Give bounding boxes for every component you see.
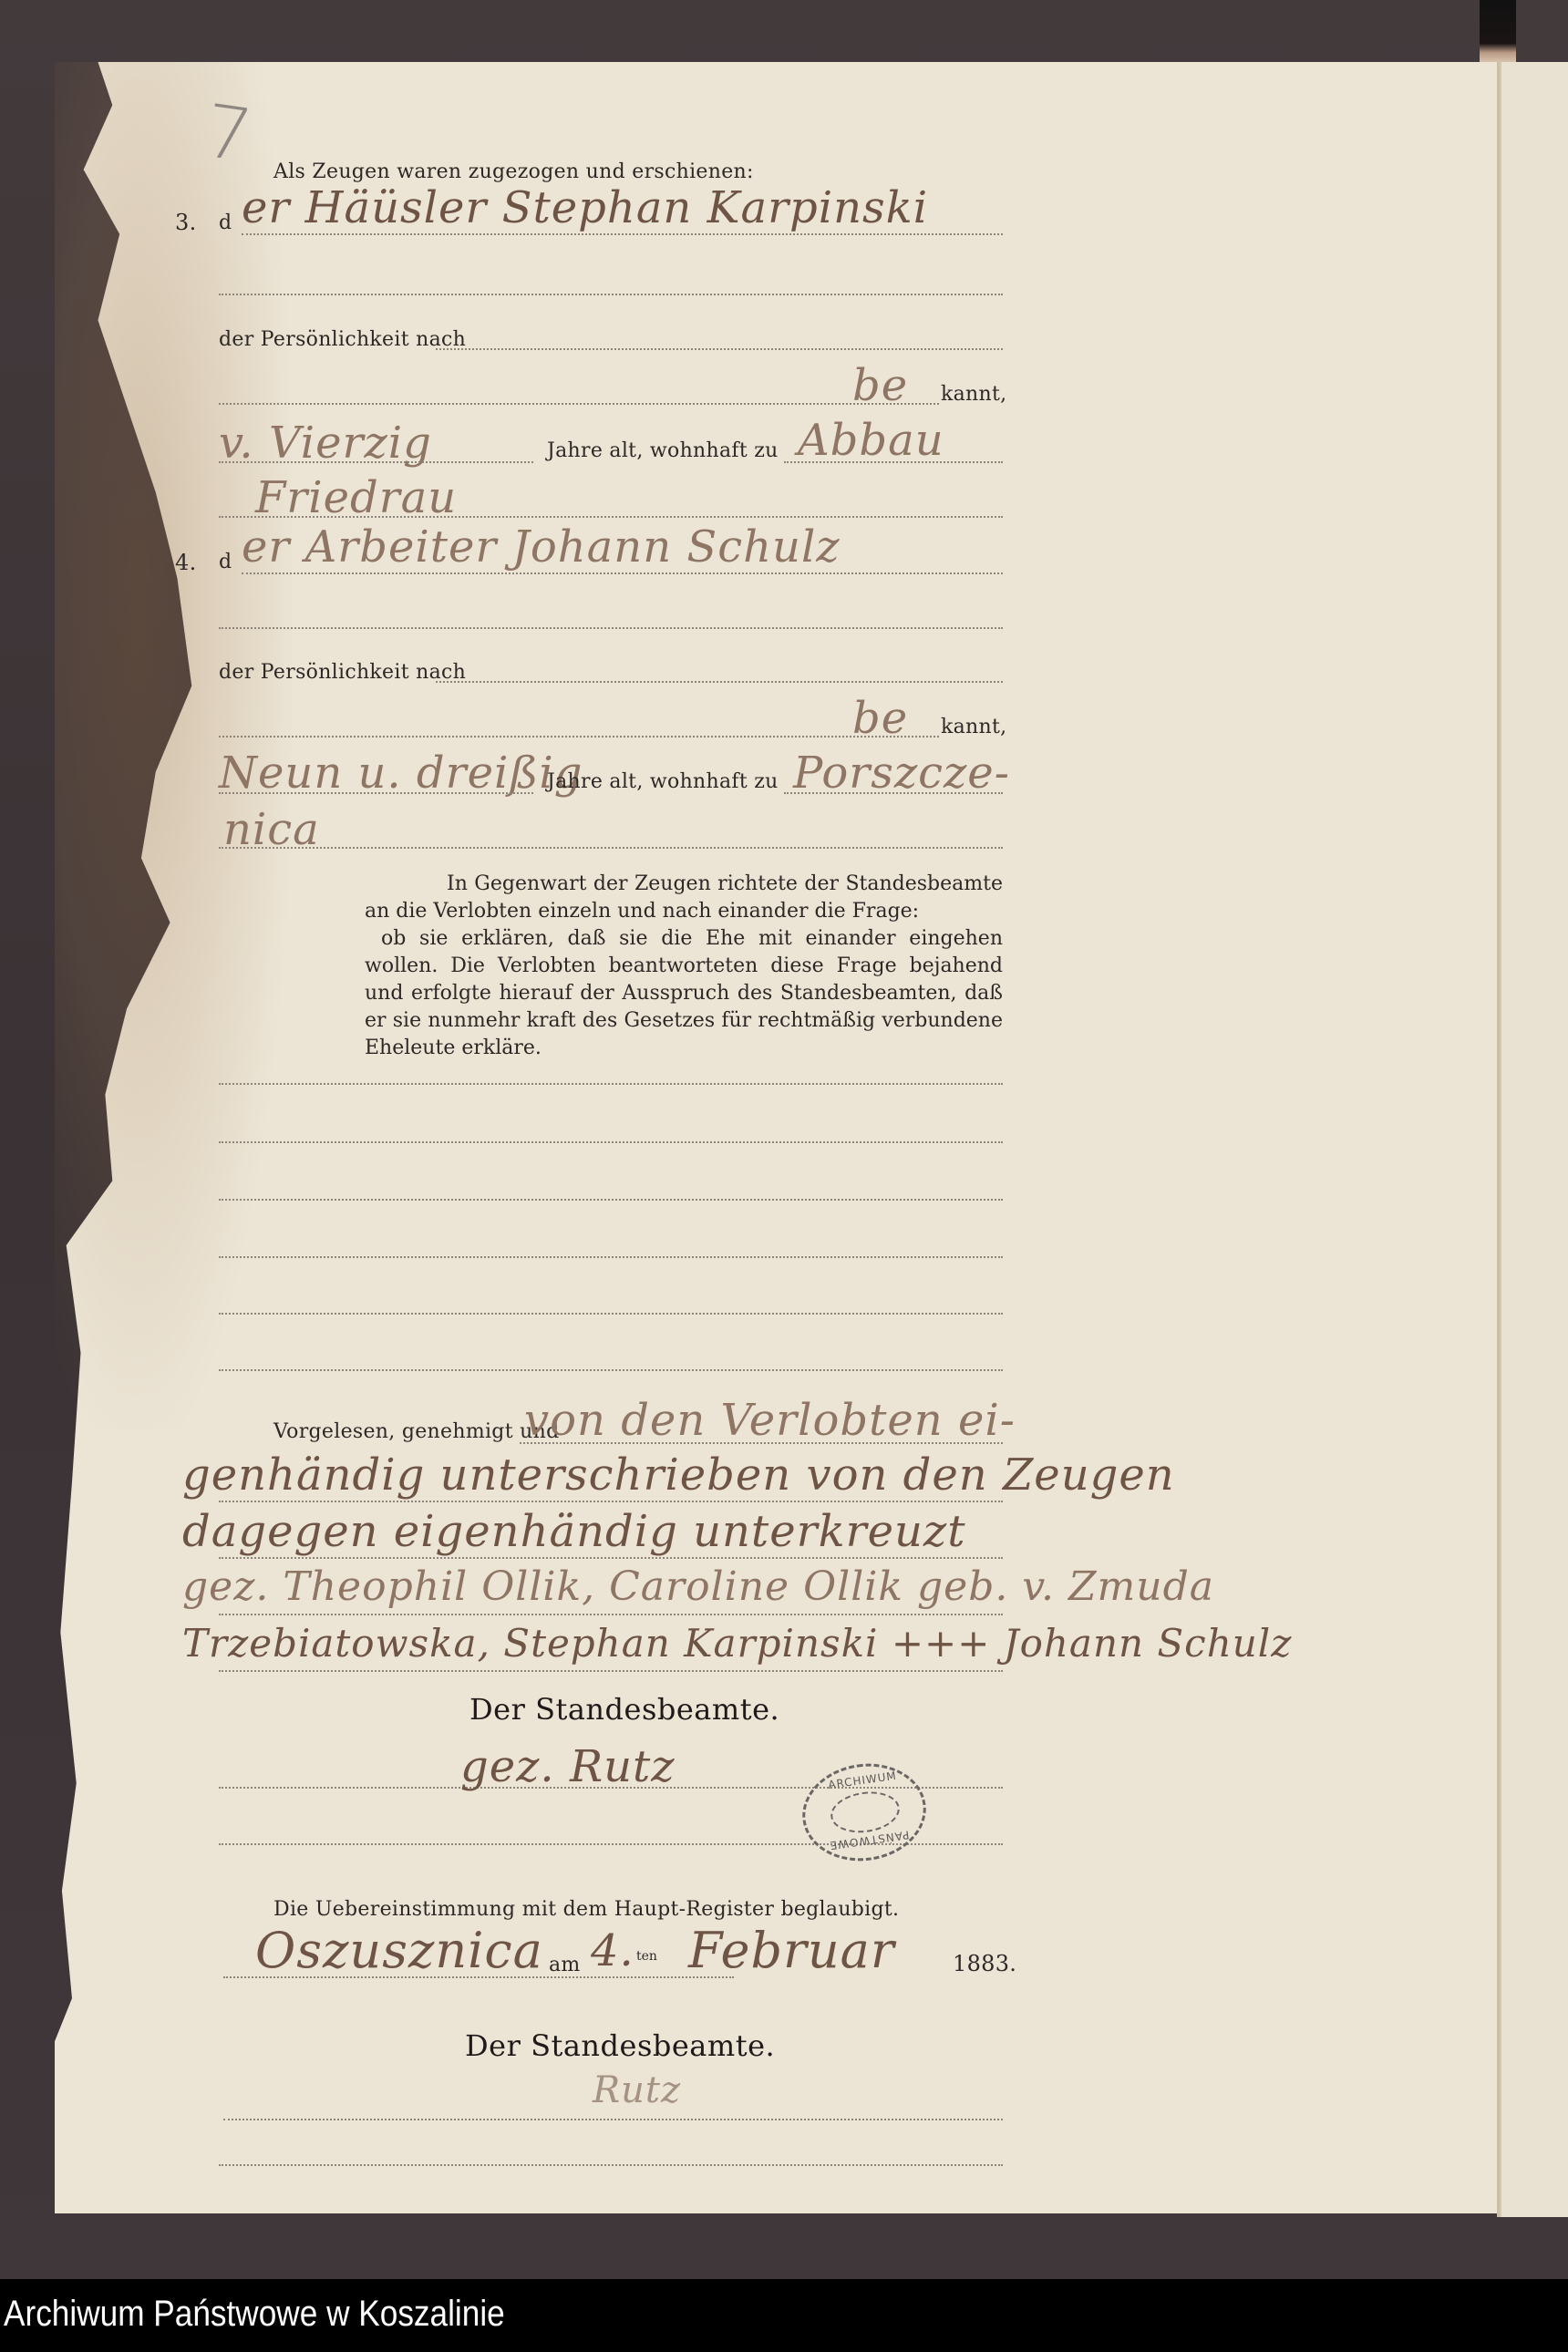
signature-line-2: dagegen eigenhändig unterkreuzt <box>182 1506 966 1557</box>
archive-footer-bar: Archiwum Państwowe w Koszalinie <box>0 2279 1568 2352</box>
form-line <box>219 1670 1003 1672</box>
witness-3-number: 3. <box>175 210 197 235</box>
witness-3-name: er Häüsler Stephan Karpinski <box>242 182 928 233</box>
certification-place: Oszusznica <box>255 1922 543 1979</box>
witness-4-residence: Porszcze- <box>793 748 1010 799</box>
witness-3-residence: Abbau <box>798 415 944 466</box>
witness-4-age-label: Jahre alt, wohnhaft zu <box>547 770 779 793</box>
signature-line-1: genhändig unterschrieben von den Zeugen <box>182 1449 1175 1501</box>
witness-3-prefix: d <box>219 211 232 234</box>
ceremony-question: In Gegenwart der Zeugen richtete der Sta… <box>365 871 1003 925</box>
certification-day: 4. <box>591 1925 634 1976</box>
form-line <box>219 403 939 405</box>
signature-line-4: Trzebiatowska, Stephan Karpinski +++ Joh… <box>182 1621 1292 1666</box>
form-line <box>219 1557 1003 1559</box>
certification-statement: Die Uebereinstimmung mit dem Haupt-Regis… <box>273 1898 899 1921</box>
form-line <box>223 2119 1003 2120</box>
binding-spine-top <box>1480 0 1516 62</box>
certifying-registrar-signature: Rutz <box>593 2069 681 2111</box>
stamp-center-oval <box>828 1788 902 1837</box>
witness-4-identity-label: der Persönlichkeit nach <box>219 661 466 684</box>
form-line <box>219 2164 1003 2166</box>
form-line <box>219 461 533 463</box>
ceremony-paragraph: In Gegenwart der Zeugen richtete der Sta… <box>365 871 1003 1062</box>
certifying-registrar-title: Der Standesbeamte. <box>465 2028 775 2063</box>
form-line <box>436 681 1003 683</box>
form-line <box>219 792 533 794</box>
registrar-title: Der Standesbeamte. <box>469 1692 779 1727</box>
form-line <box>219 1256 1003 1258</box>
witness-3-known-print: kannt, <box>941 383 1006 406</box>
form-line <box>219 1083 1003 1085</box>
form-line <box>219 294 1003 295</box>
form-line <box>242 233 1003 235</box>
read-approved-hand: von den Verlobten ei- <box>524 1395 1016 1446</box>
form-line <box>219 627 1003 629</box>
form-line <box>219 1501 1003 1502</box>
witnesses-heading: Als Zeugen waren zugezogen und erschiene… <box>273 160 754 183</box>
ceremony-declaration: ob sie erklären, daß sie die Ehe mit ein… <box>365 925 1003 1062</box>
page-gutter <box>1497 62 1500 2217</box>
signature-line-3: gez. Theophil Ollik, Caroline Ollik geb.… <box>182 1563 1214 1610</box>
form-line <box>219 1141 1003 1143</box>
certification-am: am <box>549 1954 581 1976</box>
form-line <box>219 1614 1003 1615</box>
form-line <box>219 847 1003 849</box>
form-line <box>219 1313 1003 1315</box>
form-line <box>219 1369 1003 1371</box>
certification-day-suffix: ten <box>636 1949 657 1964</box>
form-line <box>219 1199 1003 1201</box>
form-line <box>242 573 1003 574</box>
form-line <box>219 736 939 738</box>
witness-3-identity-label: der Persönlichkeit nach <box>219 328 466 351</box>
witness-4-known-hand: be <box>852 693 908 744</box>
certification-year: 1883. <box>953 1951 1016 1976</box>
witness-4-age: Neun u. dreißig <box>219 748 583 799</box>
archive-name: Archiwum Państwowe w Koszalinie <box>4 2294 505 2335</box>
witness-4-name: er Arbeiter Johann Schulz <box>242 521 841 573</box>
certification-month: Februar <box>688 1922 895 1979</box>
stamp-top-text: ARCHIWUM <box>827 1769 897 1791</box>
adjacent-page-edge <box>1500 62 1568 2217</box>
witness-4-prefix: d <box>219 551 232 573</box>
witness-3-age-label: Jahre alt, wohnhaft zu <box>547 439 779 462</box>
registrar-signature: gez. Rutz <box>460 1741 676 1792</box>
document-page <box>55 62 1497 2213</box>
form-line <box>219 516 1003 518</box>
form-line <box>436 348 1003 350</box>
witness-3-known-hand: be <box>852 360 908 411</box>
read-approved-label: Vorgelesen, genehmigt und <box>273 1420 559 1443</box>
witness-4-known-print: kannt, <box>941 716 1006 738</box>
witness-4-number: 4. <box>175 550 197 575</box>
